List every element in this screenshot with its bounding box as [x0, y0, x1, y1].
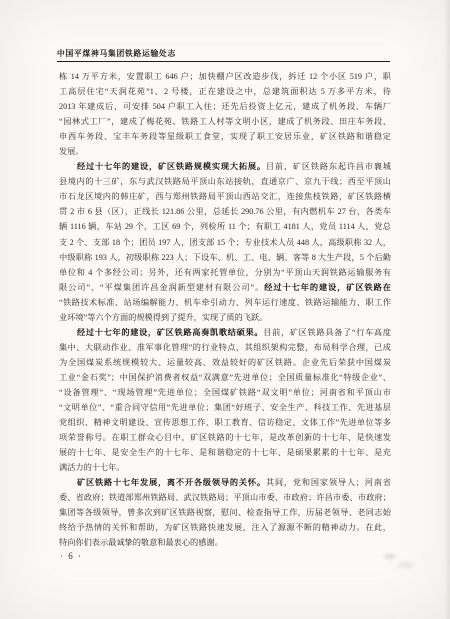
text-run: 目前，矿区铁路具备了“行车高度: [263, 328, 391, 337]
text-run: 中级职称 193 人，初级职称 223 人；下设车、机、工、电、辆、客等 8 大…: [59, 253, 391, 262]
text-run: 辆 1116 辆，车站 29 个，工区 69 个，列检所 11 个；有职工 41…: [59, 222, 391, 231]
text-line: 贯 2 市 6 县（区），正线长 121.86 公里，总延长 290.76 公里…: [59, 204, 391, 219]
text-run: 其间，党和国家领导人；河南省: [266, 478, 391, 487]
text-run: 集团等各级领导，曾多次到矿区铁路视察，慰问、检查指导工作，历届老领导、老同志始: [59, 508, 391, 517]
bold-text-run: 矿区铁路十七年发展，离不开各级领导的关怀。: [77, 478, 266, 487]
page: 中国平煤神马集团铁路运输处志 栋 14 万平方米，安置职工 646 户；加快棚户…: [0, 0, 450, 619]
text-line: 县境内的十三矿，东与武汉铁路局平顶山东站接轨，直通京广、京九干线；西至平顶山: [59, 174, 391, 189]
text-run: 目前，矿区铁路东起许昌市襄城: [266, 162, 391, 171]
text-line: 工高层住宅“天润花苑”1、2 号楼，正在建设之中，总建筑面积达 5 万多平方米，…: [59, 84, 391, 99]
text-line: 党组织、精神文明建设、宣传思想工作、职工教育、信访稳定、文体工作”先进单位等多: [59, 415, 391, 430]
text-run: “设备管理”、“现场管理”先进单位；全国煤矿铁路“双文明”单位；河南省和平顶山市: [59, 388, 391, 397]
header-rule: [57, 61, 390, 62]
text-line: 为全国煤炭系统规模较大、运量较高、效益较好的矿区铁路。企业先后荣获中国煤炭: [59, 355, 391, 370]
text-line: 辆 1116 辆，车站 29 个，工区 69 个，列检所 11 个；有职工 41…: [59, 219, 391, 234]
scan-smudge: [384, 554, 396, 559]
text-line: 栋 14 万平方米，安置职工 646 户；加快棚户区改造步伐，拆迁 12 个小区…: [59, 69, 391, 84]
text-run: 工业“金石奖”；中国保护消费者权益“双满意”先进单位；全国质量标准化“特级企业”…: [59, 373, 391, 382]
text-line: 限公司”、“平煤集团许昌金润新型建材有限公司”。经过十七年的建设，矿区铁路在: [59, 280, 391, 295]
text-line: 单位和 4 个多经公司；另外，还有两家托管单位，分别为“平顶山天润铁路运输服务有: [59, 265, 391, 280]
text-line: 集中、大联动作业、准军事化管理”的行业特点，其组织架构完整，布局科学合理，已成: [59, 340, 391, 355]
text-run: 2013 年建成后，可安排 504 户职工入住；还先后投资上亿元，建成了机务段、…: [59, 102, 391, 111]
text-run: 县境内的十三矿，东与武汉铁路局平顶山东站接轨，直通京广、京九干线；西至平顶山: [59, 177, 391, 186]
text-run: “文明单位”、“重合同守信用”先进单位；集团“好班子、安全生产、科技工作、先进基…: [59, 403, 391, 412]
text-run: 委、省政府；铁道部郑州铁路局、武汉铁路局；平顶山市委、市政府；许昌市委、市政府；: [59, 493, 391, 502]
text-run: 项荣誉称号。在职工群众心目中，矿区铁路的十七年，是改革创新的十七年、是快速发: [59, 433, 391, 442]
text-line: “铁路技术标准、站场编解能力、机车牵引动力、列车运行速度、铁路运输能力、职工作: [59, 295, 391, 310]
body-text: 栋 14 万平方米，安置职工 646 户；加快棚户区改造步伐，拆迁 12 个小区…: [59, 69, 391, 551]
text-line: 工业“金石奖”；中国保护消费者权益“双满意”先进单位；全国质量标准化“特级企业”…: [59, 370, 391, 385]
text-line: 委、省政府；铁道部郑州铁路局、武汉铁路局；平顶山市委、市政府；许昌市委、市政府；: [59, 490, 391, 505]
bold-text-run: 经过十七年的建设，矿区铁路高奏凯歌结硕果。: [77, 328, 263, 337]
text-line: 市石龙区境内的韩庄矿，西与郑州铁路局平顶山西站交汇，连接焦枝铁路，矿区铁路横: [59, 189, 391, 204]
text-run: 展的十七年、是安全生产的十七年、是和谐稳定的十七年、是硕果累累的十七年、是充: [59, 448, 391, 457]
page-number: · 6 ·: [60, 551, 83, 561]
text-line: 申西车务段、宝丰车务段等星级职工食堂，实现了职工安居乐业，矿区铁路和谐稳定: [59, 129, 391, 144]
text-line: 2013 年建成后，可安排 504 户职工入住；还先后投资上亿元，建成了机务段、…: [59, 99, 391, 114]
bold-text-run: 经过十七年的建设，矿区铁路在: [264, 283, 391, 292]
text-line: “园林式工厂”，建成了梅花苑、铁路工人村等文明小区，建成了机务段、田庄车务段、: [59, 114, 391, 129]
text-line: “文明单位”、“重合同守信用”先进单位；集团“好班子、安全生产、科技工作、先进基…: [59, 400, 391, 415]
text-run: 业环境”等六个方面的规模得到了提升，实现了质的飞跃。: [59, 313, 267, 322]
text-run: 党组织、精神文明建设、宣传思想工作、职工教育、信访稳定、文体工作”先进单位等多: [59, 418, 391, 427]
text-run: 特向你们表示最诚挚的敬意和最衷心的感谢。: [59, 538, 223, 547]
text-run: 支 2 个、支部 18 个；团员 197 人，团支部 15 个；专业技术人员 4…: [59, 238, 391, 247]
text-run: 申西车务段、宝丰车务段等星级职工食堂，实现了职工安居乐业，矿区铁路和谐稳定: [59, 132, 391, 141]
text-line: 经过十七年的建设，矿区铁路规模实现大拓展。目前，矿区铁路东起许昌市襄城: [59, 159, 391, 174]
text-line: 支 2 个、支部 18 个；团员 197 人，团支部 15 个；专业技术人员 4…: [59, 235, 391, 250]
text-run: 发展。: [59, 147, 84, 156]
text-line: 特向你们表示最诚挚的敬意和最衷心的感谢。: [59, 535, 391, 550]
text-line: “设备管理”、“现场管理”先进单位；全国煤矿铁路“双文明”单位；河南省和平顶山市: [59, 385, 391, 400]
text-line: 中级职称 193 人，初级职称 223 人；下设车、机、工、电、辆、客等 8 大…: [59, 250, 391, 265]
text-run: 工高层住宅“天润花苑”1、2 号楼，正在建设之中，总建筑面积达 5 万多平方米，…: [59, 87, 391, 96]
text-run: “铁路技术标准、站场编解能力、机车牵引动力、列车运行速度、铁路运输能力、职工作: [59, 298, 391, 307]
scan-smudge: [398, 562, 414, 568]
text-line: 集团等各级领导，曾多次到矿区铁路视察，慰问、检查指导工作，历届老领导、老同志始: [59, 505, 391, 520]
text-run: 单位和 4 个多经公司；另外，还有两家托管单位，分别为“平顶山天润铁路运输服务有: [59, 268, 391, 277]
text-run: 终给予热情的关怀和帮助，为矿区铁路快速发展，注入了源源不断的精神动力。在此，: [59, 523, 391, 532]
text-line: 经过十七年的建设，矿区铁路高奏凯歌结硕果。目前，矿区铁路具备了“行车高度: [59, 325, 391, 340]
text-line: 业环境”等六个方面的规模得到了提升，实现了质的飞跃。: [59, 310, 391, 325]
text-line: 项荣誉称号。在职工群众心目中，矿区铁路的十七年，是改革创新的十七年、是快速发: [59, 430, 391, 445]
text-run: 贯 2 市 6 县（区），正线长 121.86 公里，总延长 290.76 公里…: [59, 207, 391, 216]
text-line: 发展。: [59, 144, 391, 159]
text-line: 满活力的十七年。: [59, 460, 391, 475]
text-line: 矿区铁路十七年发展，离不开各级领导的关怀。其间，党和国家领导人；河南省: [59, 475, 391, 490]
text-line: 终给予热情的关怀和帮助，为矿区铁路快速发展，注入了源源不断的精神动力。在此，: [59, 520, 391, 535]
text-run: 满活力的十七年。: [59, 463, 125, 472]
text-run: 市石龙区境内的韩庄矿，西与郑州铁路局平顶山西站交汇，连接焦枝铁路，矿区铁路横: [59, 192, 391, 201]
text-run: 栋 14 万平方米，安置职工 646 户；加快棚户区改造步伐，拆迁 12 个小区…: [59, 72, 391, 81]
text-run: 为全国煤炭系统规模较大、运量较高、效益较好的矿区铁路。企业先后荣获中国煤炭: [59, 358, 391, 367]
text-run: 限公司”、“平煤集团许昌金润新型建材有限公司”。: [59, 283, 264, 292]
header-title: 中国平煤神马集团铁路运输处志: [57, 48, 176, 59]
text-line: 展的十七年、是安全生产的十七年、是和谐稳定的十七年、是硕果累累的十七年、是充: [59, 445, 391, 460]
bold-text-run: 经过十七年的建设，矿区铁路规模实现大拓展。: [77, 162, 266, 171]
text-run: “园林式工厂”，建成了梅花苑、铁路工人村等文明小区，建成了机务段、田庄车务段、: [59, 117, 391, 126]
text-run: 集中、大联动作业、准军事化管理”的行业特点，其组织架构完整，布局科学合理，已成: [59, 343, 391, 352]
